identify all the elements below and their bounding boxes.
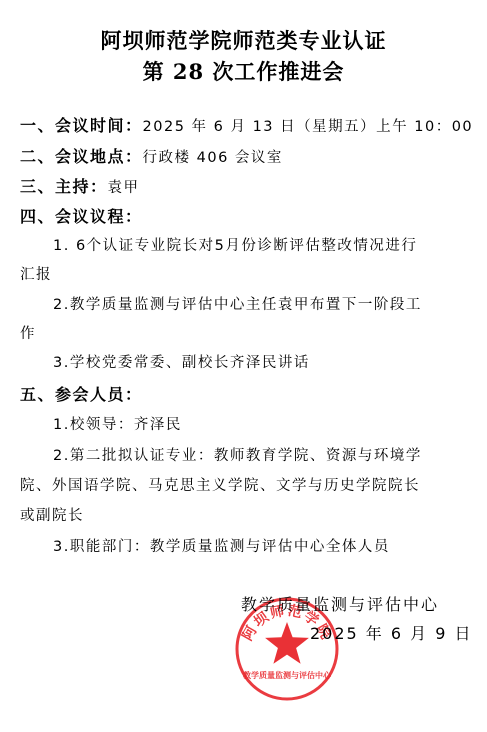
section-place-heading: 二、会议地点：: [20, 147, 143, 166]
section-time: 一、会议时间：2025 年 6 月 13 日（星期五）上午 10：00: [20, 113, 473, 136]
section-host-value: 袁甲: [108, 180, 140, 196]
section-attendees-heading: 五、参会人员：: [20, 382, 143, 405]
section-place-value: 行政楼 406 会议室: [143, 150, 283, 166]
attendee-item-2-line-3: 或副院长: [20, 504, 84, 525]
agenda-item-2-line-1: 2.教学质量监测与评估中心主任袁甲布置下一阶段工: [53, 293, 422, 314]
section-place: 二、会议地点：行政楼 406 会议室: [20, 144, 283, 167]
section-time-heading: 一、会议时间：: [20, 116, 143, 135]
attendee-item-2-line-1: 2.第二批拟认证专业：教师教育学院、资源与环境学: [53, 444, 422, 465]
signature-date: 2025 年 6 月 9 日: [310, 621, 473, 644]
signature-org: 教学质量监测与评估中心: [241, 592, 439, 615]
attendee-item-3: 3.职能部门：教学质量监测与评估中心全体人员: [53, 535, 390, 556]
star-icon: [265, 622, 309, 664]
agenda-item-1-line-2: 汇报: [20, 263, 52, 284]
section-time-value: 2025 年 6 月 13 日（星期五）上午 10：00: [143, 119, 474, 135]
agenda-item-3: 3.学校党委常委、副校长齐泽民讲话: [53, 351, 310, 372]
title-line-1: 阿坝师范学院师范类专业认证: [0, 25, 487, 55]
attendee-item-1: 1.校领导：齐泽民: [53, 413, 182, 434]
title-line-2: 第 28 次工作推进会: [0, 56, 487, 86]
agenda-item-2-line-2: 作: [20, 322, 36, 343]
section-host-heading: 三、主持：: [20, 177, 108, 196]
attendee-item-2-line-2: 院、外国语学院、马克思主义学院、文学与历史学院院长: [20, 474, 420, 495]
section-host: 三、主持：袁甲: [20, 174, 140, 197]
section-agenda-heading: 四、会议议程：: [20, 204, 143, 227]
seal-bottom-text: 教学质量监测与评估中心: [242, 670, 332, 680]
agenda-item-1-line-1: 1. 6个认证专业院长对5月份诊断评估整改情况进行: [53, 234, 417, 255]
